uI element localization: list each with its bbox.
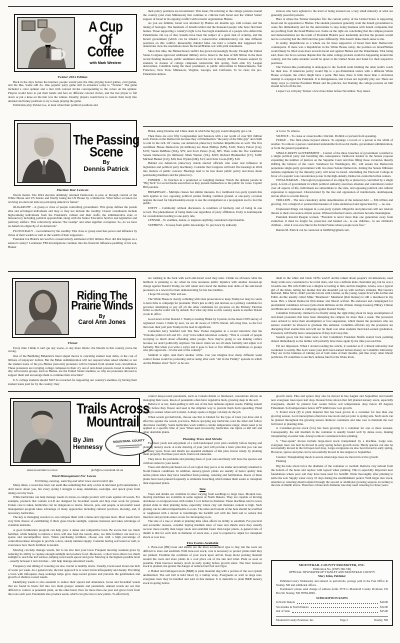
- planting-continued-text: growth starts. Pine and spruce may also …: [271, 395, 393, 558]
- man-with-mug-photo: [18, 18, 74, 68]
- weed-continued-text: control deep-rooted perennials, such as …: [143, 395, 262, 435]
- cup-edition-heading: Twister 2024 Edition: [8, 75, 137, 80]
- passing-title-line: Scene: [89, 144, 122, 158]
- passing-column-2: Biden, using Ukraine and China deals in …: [143, 130, 262, 268]
- trails-title-line: Mountrail: [87, 414, 140, 429]
- trails-column-1: Many times, a weed-free lawn can seem li…: [8, 484, 140, 640]
- passing-author: Dennis Patrick: [84, 166, 129, 173]
- passing-column-1: Words matter. The 2024 election definite…: [8, 194, 137, 269]
- footer-paper-name: Mountrail County Promoter, Inc.: [276, 619, 314, 623]
- cup-title-line: Coffee: [87, 45, 124, 60]
- footer-page-number: Page 2: [340, 619, 348, 623]
- trails-column-2: control deep-rooted perennials, such as …: [143, 395, 262, 640]
- passing-scene-photo: [17, 123, 71, 183]
- promoter-pub-info: Published every Wednesday and entered as…: [276, 580, 388, 587]
- prairie-column-2: are walking in the back with each anti-I…: [143, 277, 262, 388]
- cup-of-coffee-photo: [17, 17, 75, 69]
- size-text: Trees and shrubs are available in sizes …: [143, 493, 262, 540]
- trails-by-line: Hennessy: [73, 444, 103, 451]
- woman-portrait-photo: [16, 282, 68, 334]
- prairie-heading: Threat: [8, 341, 137, 346]
- man-portrait-photo: [14, 402, 70, 462]
- cup-of-coffee-header-box: A Cup Of Coffee with Mark Western: [14, 14, 137, 72]
- email-link: jimh@co.mountrail.nd.us: [91, 468, 123, 472]
- rate-row: Six months in North Dakota$32.00: [276, 606, 388, 610]
- passing-lexicon-heading: Election Year Lexicon: [8, 188, 137, 193]
- passing-scene-header-box: The Passing Scene By Dennis Patrick: [14, 120, 137, 186]
- five-forms-text: 1. Bare-root (BR) trees and shrubs are t…: [143, 546, 262, 585]
- section-divider: [8, 391, 393, 392]
- rate-price: $45.00: [380, 610, 388, 614]
- planting-trees-text: For most yards and enjoyment of a well-l…: [143, 442, 262, 486]
- prairie-author: Carol Ann Jones: [78, 320, 125, 326]
- prairie-winds-photo: [15, 281, 69, 335]
- weed-management-subheading: Fertilizing, mowing, watering and other …: [8, 479, 140, 484]
- cup-column-1: Back in the days before the internet, pe…: [8, 81, 137, 120]
- rate-row: Out of State$45.00: [276, 610, 388, 614]
- trails-by-line: By Jim: [73, 437, 103, 444]
- trails-links-line: www.mountrail.co.nd.us jimh@co.mountrail…: [10, 468, 140, 472]
- prairie-column-3: them in the white and black 1970s world?…: [271, 277, 393, 388]
- cup-column-2: their policy positions are inconsistent.…: [143, 10, 262, 124]
- passing-column-3: or force. To silence.SILENCE – To cause …: [271, 130, 393, 268]
- promoter-masthead-box: MOUNTRAIL COUNTY PROMOTER, INC. Publicat…: [271, 560, 393, 626]
- top-rule: [8, 6, 393, 7]
- footer-city: Stanley, ND: [374, 619, 388, 623]
- trails-header-box: Trails Across Mountrail By Jim Hennessy …: [10, 398, 140, 466]
- older-man-portrait-photo: [18, 124, 70, 182]
- trails-column-3: growth starts. Pine and spruce may also …: [271, 395, 393, 641]
- prairie-title-line: Prairie Winds: [71, 300, 133, 312]
- masthead-footer-row: Mountrail County Promoter, Inc. Page 2 S…: [276, 616, 388, 622]
- cup-byline: with Mark Western: [90, 61, 122, 65]
- website-link: www.mountrail.co.nd.us: [27, 468, 58, 472]
- mid-article-rule: [143, 126, 393, 127]
- newspaper-page: A Cup Of Coffee with Mark Western Twiste…: [0, 0, 400, 643]
- logo-line: [119, 446, 139, 448]
- trails-photo: [13, 401, 71, 463]
- cup-column-3: strators who have agitated to the level …: [271, 10, 393, 124]
- rate-label: Out of State: [276, 610, 290, 614]
- section-divider: [8, 271, 393, 272]
- prairie-column-1: Every time I think it can't get any wors…: [8, 347, 137, 389]
- prairie-winds-header-box: Riding The Prairie Winds By Carol Ann Jo…: [12, 278, 136, 338]
- promoter-postmaster: Postmaster: please send change of addres…: [276, 588, 388, 595]
